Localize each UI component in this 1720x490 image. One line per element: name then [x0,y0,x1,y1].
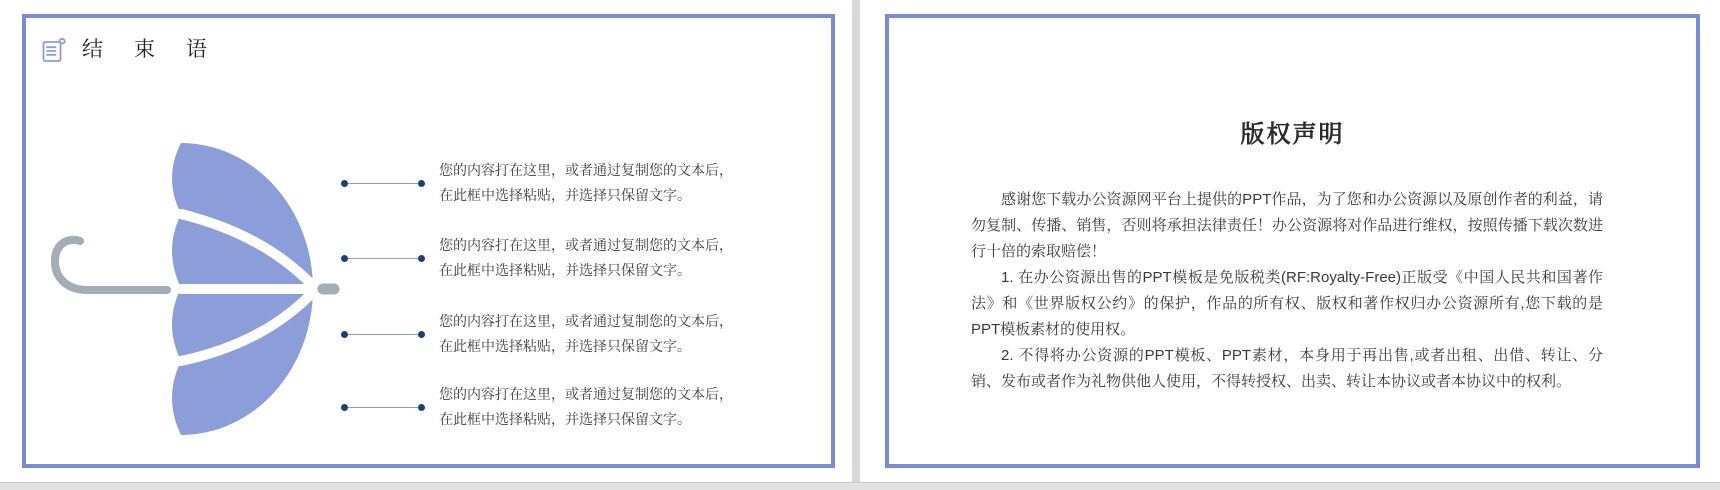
connector-line [341,331,425,338]
bullet-item-3[interactable]: 您的内容打在这里，或者通过复制您的文本后，在此框中选择粘贴，并选择只保留文字。 [341,309,733,359]
bullet-text: 您的内容打在这里，或者通过复制您的文本后，在此框中选择粘贴，并选择只保留文字。 [439,382,733,432]
connector-rule [348,334,418,335]
connector-dot-left [341,180,348,187]
bullet-text: 您的内容打在这里，或者通过复制您的文本后，在此框中选择粘贴，并选择只保留文字。 [439,233,733,283]
connector-line [341,404,425,411]
connector-rule [348,258,418,259]
connector-dot-left [341,331,348,338]
scroll-note-icon [40,36,68,64]
slide-gap-divider [852,0,860,482]
connector-rule [348,183,418,184]
connector-dot-left [341,404,348,411]
connector-rule [348,407,418,408]
bullet-item-2[interactable]: 您的内容打在这里，或者通过复制您的文本后，在此框中选择粘贴，并选择只保留文字。 [341,233,733,283]
bullet-text: 您的内容打在这里，或者通过复制您的文本后，在此框中选择粘贴，并选择只保留文字。 [439,309,733,359]
connector-line [341,255,425,262]
slide-title: 结束语 [82,36,238,64]
umbrella-graphic [50,140,342,440]
connector-dot-left [341,255,348,262]
connector-dot-right [418,331,425,338]
slide-sorter-canvas: 结束语 您的内容打在这里，或者通过复制您的文本后，在此框中选择粘贴，并选择只保留… [0,0,1720,490]
umbrella-handle [55,240,167,290]
slide-copyright[interactable]: 版权声明 感谢您下载办公资源网平台上提供的PPT作品，为了您和办公资源以及原创作… [885,14,1700,468]
copyright-paragraph-3: 2. 不得将办公资源的PPT模板、PPT素材，本身用于再出售,或者出租、出借、转… [971,343,1603,395]
bullet-text: 您的内容打在这里，或者通过复制您的文本后，在此框中选择粘贴，并选择只保留文字。 [439,158,733,208]
connector-dot-right [418,255,425,262]
bullet-item-4[interactable]: 您的内容打在这里，或者通过复制您的文本后，在此框中选择粘贴，并选择只保留文字。 [341,382,733,432]
connector-line [341,180,425,187]
connector-dot-right [418,180,425,187]
bottom-chrome-bar [0,482,1720,490]
copyright-title: 版权声明 [889,114,1696,149]
copyright-paragraph-2: 1. 在办公资源出售的PPT模板是免版税类(RF:Royalty-Free)正版… [971,265,1603,343]
slide-title-block: 结束语 [40,36,238,64]
copyright-paragraph-1: 感谢您下载办公资源网平台上提供的PPT作品，为了您和办公资源以及原创作者的利益，… [971,187,1603,265]
copyright-body: 感谢您下载办公资源网平台上提供的PPT作品，为了您和办公资源以及原创作者的利益，… [971,187,1603,395]
connector-dot-right [418,404,425,411]
bullet-item-1[interactable]: 您的内容打在这里，或者通过复制您的文本后，在此框中选择粘贴，并选择只保留文字。 [341,158,733,208]
slide-conclusion[interactable]: 结束语 您的内容打在这里，或者通过复制您的文本后，在此框中选择粘贴，并选择只保留… [22,14,835,468]
